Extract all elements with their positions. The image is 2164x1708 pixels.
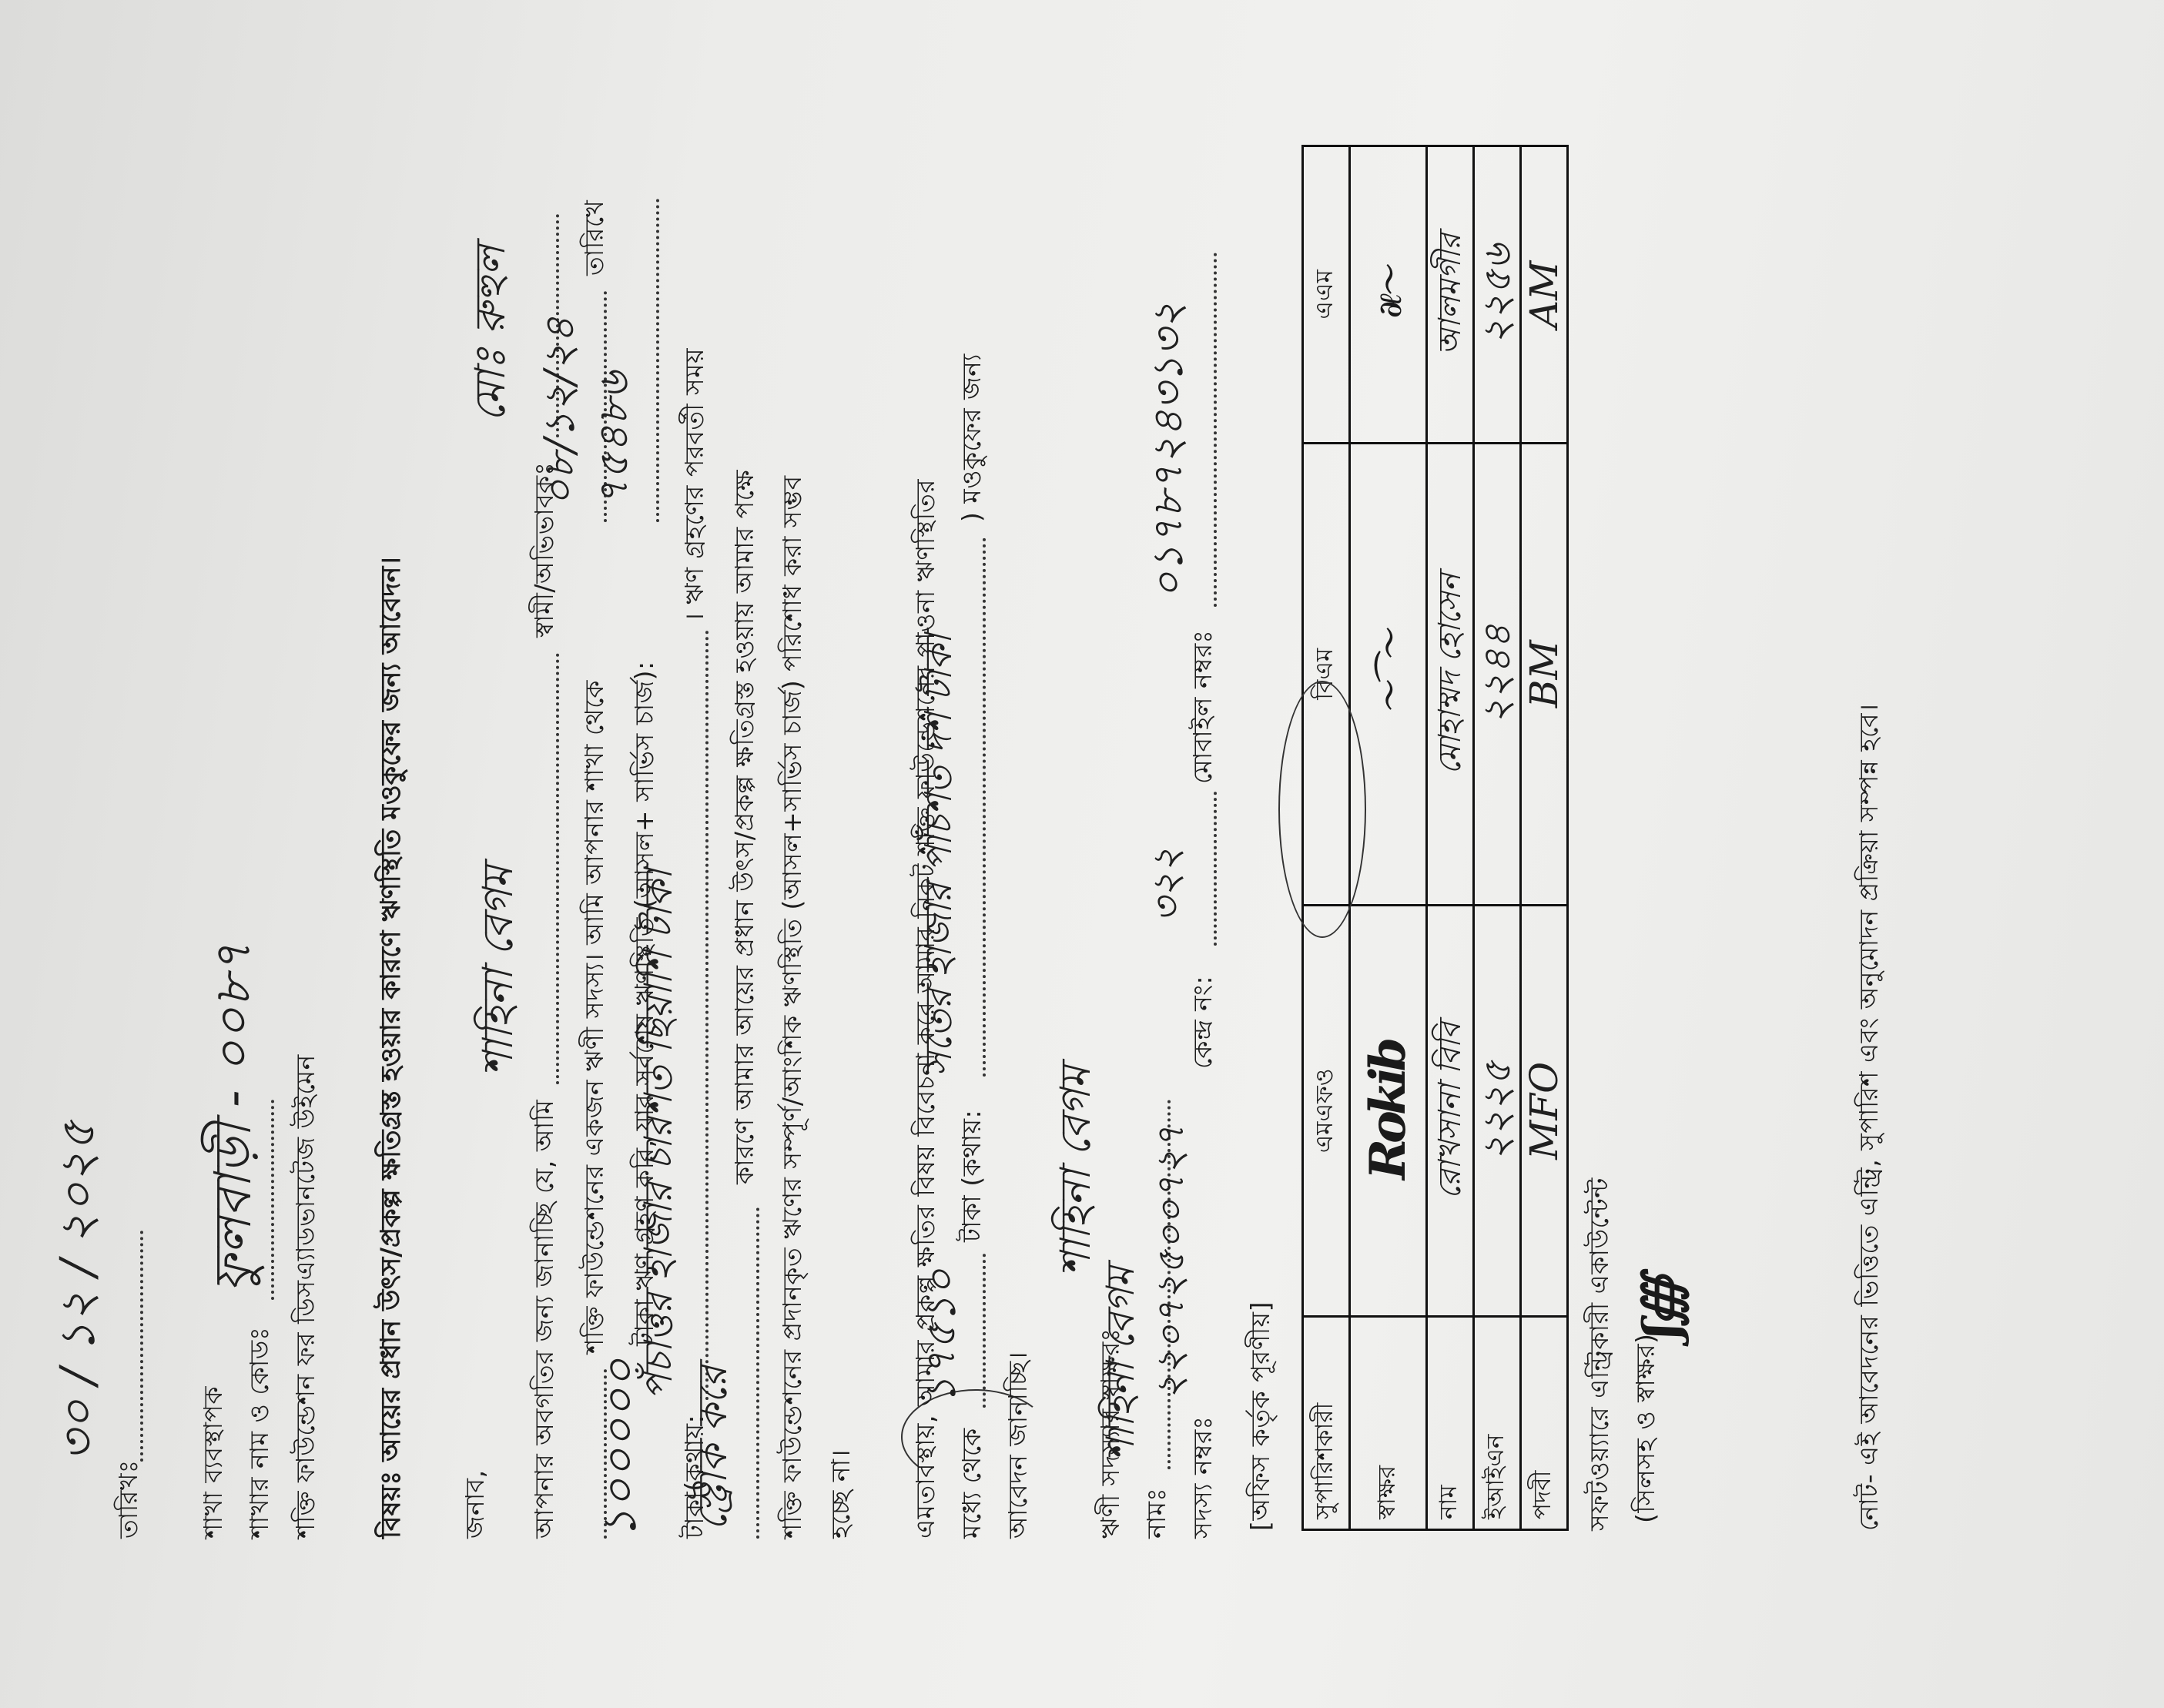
row-label-designation: পদবী (1521, 1317, 1568, 1530)
waiver-amount-handwritten: ১৭৫১০ (920, 1269, 962, 1404)
waiver-amount-line (980, 1254, 986, 1408)
borrower-name-value: শাহিনা বেগম (1101, 1266, 1140, 1462)
am-designation: AM (1521, 146, 1568, 444)
p1-line7: হচ্ছে না। (828, 1449, 853, 1539)
bm-ein: ২২৪৪ (1474, 443, 1521, 905)
mobile-line (1211, 253, 1217, 607)
borrower-name-label: নামঃ (1144, 1488, 1169, 1539)
mobile-value: ০১৭৮৭২৪৩১৩২ (1147, 302, 1189, 599)
date-word: তারিখে (581, 200, 607, 276)
member-no-value: ২২০৭২৫০০৭২৭ (1151, 1124, 1190, 1400)
member-no-label: সদস্য নম্বরঃ (1190, 1416, 1215, 1539)
subject-line: বিষয়ঃ আয়ের প্রধান উৎস/প্রকল্প ক্ষতিগ্র… (370, 557, 415, 1539)
mfo-designation: MFO (1521, 905, 1568, 1316)
column-header-am: এএম (1303, 146, 1350, 444)
row-label-signature: স্বাক্ষর (1350, 1317, 1427, 1530)
date-label: তারিখঃ (116, 1459, 141, 1539)
p1-line4: । ঋণ গ্রহণের পরবর্তী সময় (682, 348, 707, 622)
loan-date-handwritten: ০৮/১২/২৪ (539, 316, 581, 507)
outstanding-handwritten: ৭৫৪৮৬ (593, 372, 635, 507)
waiver-words-handwritten: সতের হাজার পাঁচশত দশ টাকা (920, 634, 957, 1077)
center-line (1211, 792, 1217, 946)
p2-from-label: মধ্যে থেকে (959, 1428, 984, 1539)
table-row-ein: ইআইএন ২২২৫ ২২৪৪ ২২৫৬ (1474, 146, 1521, 1530)
p2-taka-label: টাকা (কথায়: (959, 1110, 984, 1242)
spouse-name-handwritten: মোঃ রুহুল (470, 245, 511, 422)
mobile-label: মোবাইল নম্বরঃ (1190, 630, 1215, 784)
waiver-words-line (980, 538, 986, 1077)
branch-dotted-line (268, 1100, 274, 1300)
member-name-line (553, 653, 559, 1084)
table-row-designation: পদবী MFO BM AM (1521, 146, 1568, 1530)
mfo-signature: Rokib (1350, 905, 1427, 1316)
accountant-signature: ʃ∰ (1633, 1279, 1690, 1338)
bm-designation: BM (1521, 443, 1568, 905)
footer-note: নোট- এই আবেদনের ভিত্তিতে এন্ট্রি, সুপারি… (1856, 704, 1881, 1531)
column-header-mfo: এমএফও (1303, 905, 1350, 1316)
p1-line5: কারণে আমার আয়ের প্রধান উৎস/প্রকল্প ক্ষত… (732, 470, 757, 1184)
bm-name: মোহাম্মদ হোসেন (1427, 443, 1474, 905)
office-heading: [অফিস কর্তৃক পূরণীয়] (1248, 1301, 1273, 1531)
am-signature: ∂ℓ〜 (1350, 146, 1427, 444)
mfo-ein: ২২২৫ (1474, 905, 1521, 1316)
center-value: ৩২২ (1147, 847, 1186, 923)
outstanding-words-line (702, 630, 708, 1400)
outstanding-words-handwritten: পঁচাত্তর হাজার চারশত ছিয়াশি টাকা (639, 869, 678, 1400)
p1-intro: আপনার অবগতির জন্য জানাচ্ছি যে, আমি (531, 1100, 557, 1539)
recipient-line-1: শাখা ব্যবস্থাপক (200, 1386, 226, 1539)
am-ein: ২২৫৬ (1474, 146, 1521, 444)
member-name-handwritten: শাহিনা বেগম (477, 866, 519, 1077)
borrower-signature: শাহিনা বেগম (1055, 1066, 1097, 1277)
row-label-name: নাম (1427, 1317, 1474, 1530)
recipient-line-3: শক্তি ফাউন্ডেশন ফর ডিসএ্যাডভানটেজ উইমেন (293, 1054, 318, 1539)
pen-circle-bm-header (1278, 681, 1366, 938)
reason-line (753, 1207, 759, 1539)
accountant-seal-label: (সিলসহ ও স্বাক্ষর) (1633, 1333, 1658, 1523)
center-label: কেন্দ্র নং: (1190, 976, 1215, 1069)
branch-label: শাখার নাম ও কোডঃ (246, 1327, 272, 1539)
am-name: আলমগীর (1427, 146, 1474, 444)
mfo-name: রোখসানা বিবি (1427, 905, 1474, 1316)
date-dotted-line (137, 1231, 143, 1462)
p2-line3: আবেদন জানাচ্ছি। (1005, 1351, 1030, 1539)
p1-line2: শক্তি ফাউন্ডেশনের একজন ঋণী সদস্য। আমি আপ… (581, 680, 607, 1354)
column-header-recommender: সুপারিশকারী (1303, 1317, 1350, 1530)
date-value: ৩০ / ১২ / ২০২৫ (54, 1120, 102, 1462)
accountant-label: সফটওয়্যারে এন্ট্রিকারী একাউন্টেন্ট (1586, 1177, 1612, 1531)
branch-value: ফুলবাড়ী - ০০৮৭ (208, 942, 259, 1292)
row-label-ein: ইআইএন (1474, 1317, 1521, 1530)
p2-end: ) মওকুফের জন্য (959, 353, 984, 522)
application-form-page: ৩০ / ১২ / ২০২৫ তারিখঃ শাখা ব্যবস্থাপক শা… (0, 0, 2164, 1708)
salutation: জনাব, (462, 1469, 487, 1539)
outstanding-line (653, 199, 659, 522)
p1-line6: শক্তি ফাউন্ডেশনের প্রদানকৃত ঋণের সম্পূর্… (779, 475, 805, 1539)
table-row-name: নাম রোখসানা বিবি মোহাম্মদ হোসেন আলমগীর (1427, 146, 1474, 1530)
reason-handwritten: স্ট্রোক করে (693, 1366, 733, 1531)
